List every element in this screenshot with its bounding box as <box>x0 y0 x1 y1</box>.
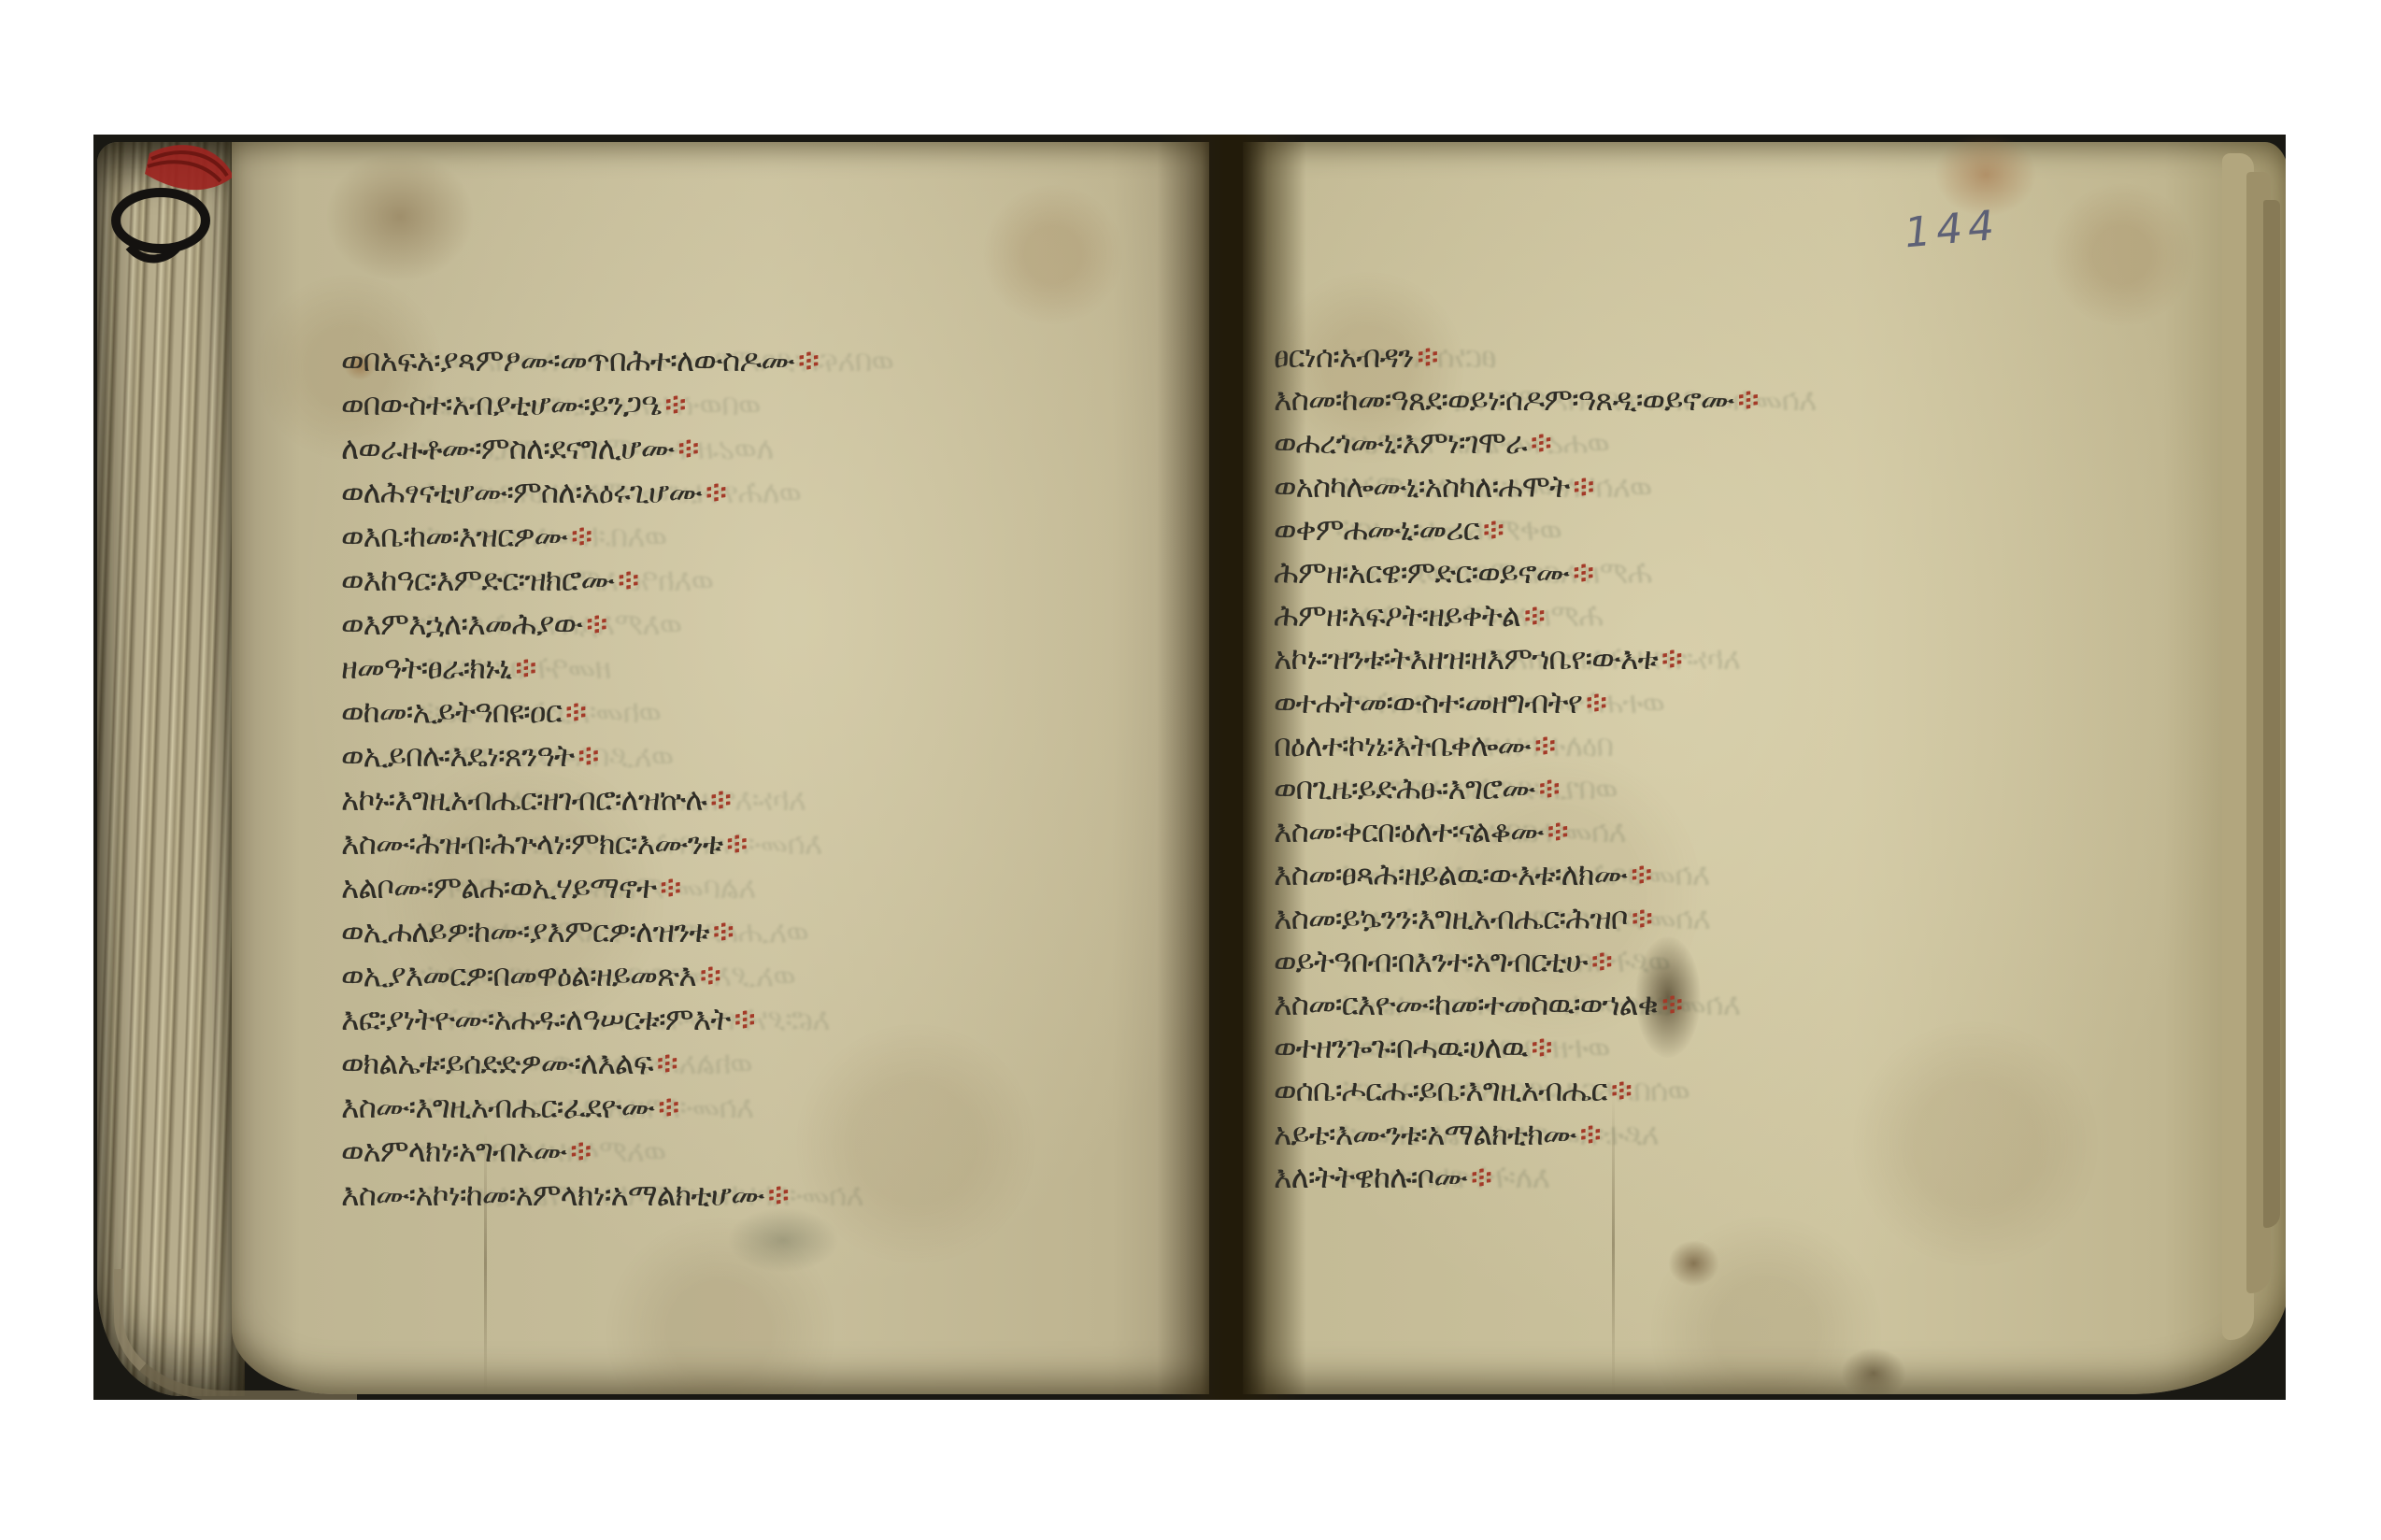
section-mark: ፨ <box>566 1133 591 1169</box>
right-text-line: ወተዘንጐጉ፡በሓዉ፡ሀለዉ፨ <box>1274 1025 1552 1069</box>
section-mark: ፨ <box>574 737 598 774</box>
right-text-line: ወተሐትመ፡ውስተ፡መዘግብትየ፨ <box>1274 680 1606 724</box>
right-text-line: ወቀምሐሙኒ፡መሪር፨ <box>1274 507 1504 551</box>
right-text-line: አኮኑ፡ዝንቱ፡ትእዘዝ፡ዘእምኀቤየ፡ውእቱ፨ <box>1274 636 1682 680</box>
line-text: ወእምእኋለ፡እመሕያው <box>341 606 582 642</box>
right-text-line: ሕምዘ፡አፍዖት፡ዘይቀትል፨ <box>1274 593 1545 637</box>
line-text: እፎ፡ያነትዮሙ፡አሐዱ፡ለዓሠርቱ፡ምእት <box>341 1001 730 1037</box>
right-text-line: ወሰቤ፡ሖርሑ፡ይቤ፡እግዚአብሔር፨ <box>1274 1068 1632 1112</box>
page-number: 144 <box>1903 202 2002 258</box>
section-mark: ፨ <box>1658 640 1682 677</box>
right-text-line: እለ፡ትትዌከሉ፡ቦሙ፨ <box>1274 1155 1491 1199</box>
right-text-line: እስመ፡ከመ፡ዓጸደ፡ወይነ፡ሰዶም፡ዓጸዲ፡ወይኖሙ፨ <box>1274 378 1759 421</box>
left-text-line: ዘመዓት፡ፀራ፡ክኑኒ፨ <box>341 646 535 690</box>
line-text: እስመ፡ይኴንን፡እግዚአብሔር፡ሕዝቦ <box>1274 900 1628 936</box>
section-mark: ፨ <box>1534 770 1559 806</box>
line-text: ወአስካሎሙኒ፡አስካለ፡ሐሞት <box>1274 468 1569 505</box>
left-text-line: ወበአፍአ፡ያጻምፆሙ፡መጥበሕተ፡ለውስዶሙ፨ <box>341 338 819 382</box>
section-mark: ፨ <box>709 913 734 949</box>
line-text: ፀርነሰ፡አብዳን <box>1274 338 1413 375</box>
right-text-line: ወይትዓበብ፡በእንተ፡አግብርቲሁ፨ <box>1274 939 1612 983</box>
section-mark: ፨ <box>1413 338 1437 375</box>
line-text: እስመ፡ርእዮሙ፡ከመ፡ተመስዉ፡ወኀልቁ <box>1274 986 1658 1022</box>
section-mark: ፨ <box>1576 1116 1601 1152</box>
section-mark: ፨ <box>656 869 680 905</box>
section-mark: ፨ <box>653 1045 677 1081</box>
line-text: ወሐረጎሙኒ፡እምነ፡ገሞራ <box>1274 424 1527 461</box>
line-text: ወበጊዜ፡ይድሕፁ፡እግሮሙ <box>1274 770 1534 806</box>
line-text: ወኢያእመርዎ፡በመዋዕል፡ዘይመጽእ <box>341 957 696 993</box>
line-text: ወእከዓር፡እምድር፡ዝክሮሙ <box>341 562 614 598</box>
line-text: ወይትዓበብ፡በእንተ፡አግብርቲሁ <box>1274 943 1588 979</box>
section-mark: ፨ <box>1467 1159 1491 1195</box>
section-mark: ፨ <box>696 957 720 993</box>
section-mark: ፨ <box>1607 1072 1632 1108</box>
section-mark: ፨ <box>730 1001 754 1037</box>
right-text-line: ወሐረጎሙኒ፡እምነ፡ገሞራ፨ <box>1274 421 1551 464</box>
section-mark: ፨ <box>722 825 747 862</box>
section-mark: ፨ <box>562 693 586 730</box>
left-text-line: ወክልኤቱ፡ይሰድድዎሙ፡ለእልፍ፨ <box>341 1041 677 1085</box>
stain <box>1841 1347 1906 1399</box>
line-text: ወኢሐለይዎ፡ከሙ፡ያእምርዎ፡ለዝንቱ <box>341 913 709 949</box>
line-text: ወኢይበሉ፡እዴነ፡ጸንዓት <box>341 737 574 774</box>
section-mark: ፨ <box>582 606 606 642</box>
section-mark: ፨ <box>1531 727 1555 763</box>
section-mark: ፨ <box>794 342 819 378</box>
left-text-line: ወእቤ፡ከመ፡እዝርዎሙ፨ <box>341 514 592 558</box>
section-mark: ፨ <box>1628 900 1652 936</box>
line-text: ወሰቤ፡ሖርሑ፡ይቤ፡እግዚአብሔር <box>1274 1072 1607 1108</box>
left-text-line: ወኢይበሉ፡እዴነ፡ጸንዓት፨ <box>341 734 598 777</box>
left-text-line: ለወራዙቶሙ፡ምስለ፡ደናግሊሆሙ፨ <box>341 426 698 470</box>
left-text-line: ወኢያእመርዎ፡በመዋዕል፡ዘይመጽእ፨ <box>341 953 720 997</box>
section-mark: ፨ <box>1544 813 1568 849</box>
section-mark: ፨ <box>702 474 726 510</box>
line-text: ወቀምሐሙኒ፡መሪር <box>1274 511 1479 548</box>
line-text: ሕምዘ፡አርዌ፡ምድር፡ወይኖሙ <box>1274 554 1569 591</box>
line-text: ወአምላክነ፡አግብኦሙ <box>341 1133 566 1169</box>
left-text-line: ወከመ፡ኢይትዓበዩ፡ዐር፨ <box>341 690 586 734</box>
left-text-line: አኮኑ፡እግዚአብሔር፡ዘገብሮ፡ለዝኵሉ፨ <box>341 777 731 821</box>
left-text-line: ወእከዓር፡እምድር፡ዝክሮሙ፨ <box>341 558 638 602</box>
section-mark: ፨ <box>654 1089 678 1125</box>
right-text-line: በዕለተ፡ኮነኔ፡እትቤቀሎሙ፨ <box>1274 723 1555 767</box>
section-mark: ፨ <box>1569 468 1593 505</box>
section-mark: ፨ <box>1658 986 1682 1022</box>
section-mark: ፨ <box>674 430 698 466</box>
line-text: እስሙ፡እግዚአብሔር፡ፈደዮሙ <box>341 1089 654 1125</box>
line-text: ወከመ፡ኢይትዓበዩ፡ዐር <box>341 693 562 730</box>
section-mark: ፨ <box>706 781 731 818</box>
section-mark: ፨ <box>567 518 592 554</box>
stain <box>325 151 475 282</box>
line-text: እስሙ፡አኮነ፡ከመ፡አምላክነ፡አማልክቲሆሙ <box>341 1176 764 1213</box>
line-text: ሕምዘ፡አፍዖት፡ዘይቀትል <box>1274 597 1520 634</box>
page-edge-stack <box>97 142 245 1396</box>
section-mark: ፨ <box>764 1176 789 1213</box>
section-mark: ፨ <box>661 386 685 422</box>
line-text: ወበአፍአ፡ያጻምፆሙ፡መጥበሕተ፡ለውስዶሙ <box>341 342 794 378</box>
left-text-line: እስሙ፡አኮነ፡ከመ፡አምላክነ፡አማልክቲሆሙ፨ <box>341 1173 789 1217</box>
left-text-line: እስሙ፡ሕዝብ፡ሕጕላነ፡ምክር፡እሙንቱ፨ <box>341 821 747 865</box>
right-text-line: ሕምዘ፡አርዌ፡ምድር፡ወይኖሙ፨ <box>1274 550 1593 594</box>
section-mark: ፨ <box>1569 554 1593 591</box>
line-text: ወክልኤቱ፡ይሰድድዎሙ፡ለእልፍ <box>341 1045 653 1081</box>
line-text: በዕለተ፡ኮነኔ፡እትቤቀሎሙ <box>1274 727 1531 763</box>
manuscript-scan: 144 ወበአፍአ፡ያጻምፆሙ፡መጥበሕተ፡ለውስዶሙ፨ወበውስተ፡አብያቲሆሙ… <box>0 0 2381 1540</box>
paper-crease <box>1612 1095 1615 1394</box>
section-mark: ፨ <box>1733 381 1758 418</box>
stain <box>727 1207 839 1273</box>
line-text: እስሙ፡ሕዝብ፡ሕጕላነ፡ምክር፡እሙንቱ <box>341 825 722 862</box>
right-text-line: እስመ፡ይኴንን፡እግዚአብሔር፡ሕዝቦ፨ <box>1274 896 1652 940</box>
section-mark: ፨ <box>614 562 638 598</box>
line-text: ወተዘንጐጉ፡በሓዉ፡ሀለዉ <box>1274 1029 1527 1065</box>
stain <box>1668 1240 1719 1287</box>
left-text-line: ወኢሐለይዎ፡ከሙ፡ያእምርዎ፡ለዝንቱ፨ <box>341 909 734 953</box>
section-mark: ፨ <box>1520 597 1545 634</box>
section-mark: ፨ <box>1527 1029 1551 1065</box>
line-text: እስመ፡ከመ፡ዓጸደ፡ወይነ፡ሰዶም፡ዓጸዲ፡ወይኖሙ <box>1274 381 1733 418</box>
line-text: ወበውስተ፡አብያቲሆሙ፡ይንጋዔ <box>341 386 661 422</box>
black-thread-icon <box>116 192 206 249</box>
line-text: አልቦሙ፡ምልሐ፡ወኢሃይማኖተ <box>341 869 656 905</box>
left-text-line: ወእምእኋለ፡እመሕያው፨ <box>341 602 606 646</box>
line-text: አኮኑ፡ዝንቱ፡ትእዘዝ፡ዘእምኀቤየ፡ውእቱ <box>1274 640 1658 677</box>
section-mark: ፨ <box>511 649 535 686</box>
line-text: እስመ፡ፀጻሕ፡ዘይልዉ፡ውእቱ፡ለክሙ <box>1274 856 1627 892</box>
section-mark: ፨ <box>1588 943 1612 979</box>
line-text: ወለሕፃናቲሆሙ፡ምስለ፡አዕሩጊሆሙ <box>341 474 702 510</box>
line-text: አኮኑ፡እግዚአብሔር፡ዘገብሮ፡ለዝኵሉ <box>341 781 706 818</box>
right-text-line: ፀርነሰ፡አብዳን፨ <box>1274 335 1438 378</box>
left-text-line: ወበውስተ፡አብያቲሆሙ፡ይንጋዔ፨ <box>341 382 686 426</box>
book-photo: 144 ወበአፍአ፡ያጻምፆሙ፡መጥበሕተ፡ለውስዶሙ፨ወበውስተ፡አብያቲሆሙ… <box>93 135 2286 1400</box>
section-mark: ፨ <box>1582 684 1606 720</box>
section-mark: ፨ <box>1479 511 1504 548</box>
right-text-line: ወበጊዜ፡ይድሕፁ፡እግሮሙ፨ <box>1274 766 1560 810</box>
line-text: ለወራዙቶሙ፡ምስለ፡ደናግሊሆሙ <box>341 430 674 466</box>
underleaf-edge <box>2263 200 2280 1228</box>
right-text-line: እስመ፡ፀጻሕ፡ዘይልዉ፡ውእቱ፡ለክሙ፨ <box>1274 852 1651 896</box>
line-text: ወተሐትመ፡ውስተ፡መዘግብትየ <box>1274 684 1582 720</box>
section-mark: ፨ <box>1627 856 1651 892</box>
right-text-line: አይቴ፡እሙንቱ፡አማልክቲክሙ፨ <box>1274 1112 1601 1156</box>
right-text-line: እስመ፡ቀርበ፡ዕለተ፡ናልቆሙ፨ <box>1274 809 1568 853</box>
left-text-line: እስሙ፡እግዚአብሔር፡ፈደዮሙ፨ <box>341 1085 678 1129</box>
line-text: እለ፡ትትዌከሉ፡ቦሙ <box>1274 1159 1467 1195</box>
section-mark: ፨ <box>1527 424 1551 461</box>
left-text-line: አልቦሙ፡ምልሐ፡ወኢሃይማኖተ፨ <box>341 865 680 909</box>
line-text: ወእቤ፡ከመ፡እዝርዎሙ <box>341 518 567 554</box>
right-text-line: ወአስካሎሙኒ፡አስካለ፡ሐሞት፨ <box>1274 464 1593 508</box>
line-text: ዘመዓት፡ፀራ፡ክኑኒ <box>341 649 511 686</box>
line-text: እስመ፡ቀርበ፡ዕለተ፡ናልቆሙ <box>1274 813 1544 849</box>
left-text-line: ወአምላክነ፡አግብኦሙ፨ <box>341 1129 591 1173</box>
right-text-line: እስመ፡ርእዮሙ፡ከመ፡ተመስዉ፡ወኀልቁ፨ <box>1274 982 1682 1026</box>
line-text: አይቴ፡እሙንቱ፡አማልክቲክሙ <box>1274 1116 1576 1152</box>
left-text-line: እፎ፡ያነትዮሙ፡አሐዱ፡ለዓሠርቱ፡ምእት፨ <box>341 997 755 1041</box>
left-text-line: ወለሕፃናቲሆሙ፡ምስለ፡አዕሩጊሆሙ፨ <box>341 470 726 514</box>
